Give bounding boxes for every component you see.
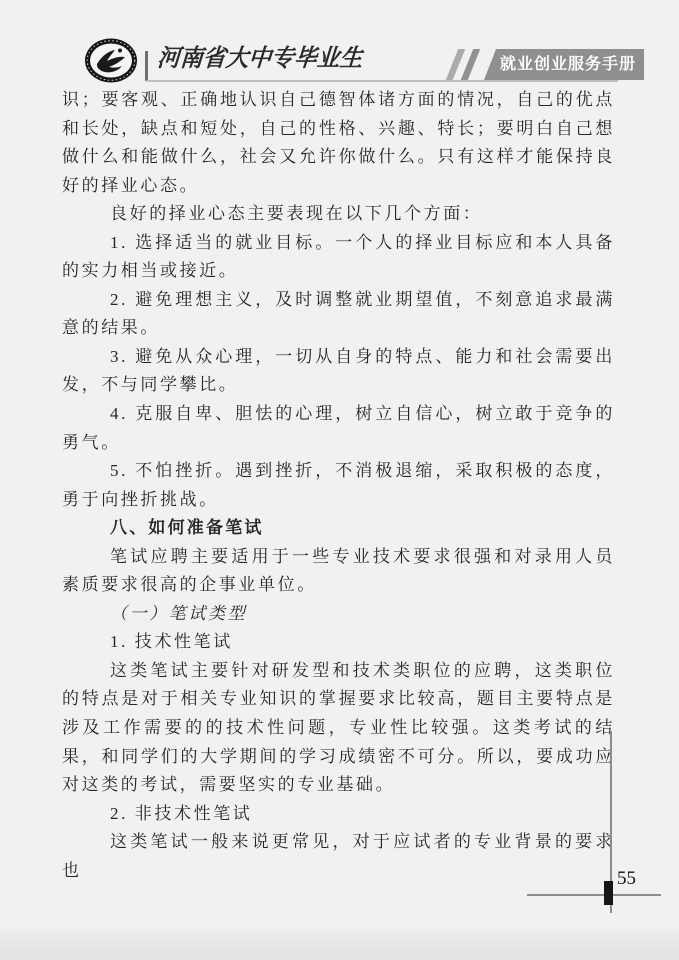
seal-logo-icon	[84, 37, 138, 84]
manual-title-badge: 就业创业服务手册	[484, 49, 644, 80]
page-number-horizontal-rule	[527, 894, 661, 896]
header-rule	[146, 80, 618, 82]
badge-slash-icon	[461, 49, 481, 80]
paragraph: 4. 克服自卑、胆怯的心理，树立自信心，树立敢于竞争的勇气。	[62, 400, 615, 457]
paragraph: 5. 不怕挫折。遇到挫折，不消极退缩，采取积极的态度，勇于向挫折挑战。	[62, 457, 615, 514]
seal-logo-svg	[84, 37, 138, 84]
paragraph: 2. 非技术性笔试	[62, 800, 615, 829]
paragraph: 这类笔试主要针对研发型和技术类职位的应聘，这类职位的特点是对于相关专业知识的掌握…	[62, 657, 615, 800]
paragraph: 识；要客观、正确地认识自己德智体诸方面的情况，自己的优点和长处，缺点和短处，自己…	[62, 86, 615, 200]
paragraph: 2. 避免理想主义，及时调整就业期望值，不刻意追求最满意的结果。	[62, 286, 615, 343]
section-heading: 八、如何准备笔试	[62, 514, 615, 543]
body-text: 识；要客观、正确地认识自己德智体诸方面的情况，自己的优点和长处，缺点和短处，自己…	[62, 86, 615, 885]
paragraph: 笔试应聘主要适用于一些专业技术要求很强和对录用人员素质要求很高的企事业单位。	[62, 543, 615, 600]
paragraph: 1. 技术性笔试	[62, 628, 615, 657]
paragraph: 良好的择业心态主要表现在以下几个方面：	[62, 200, 615, 229]
page-header-title: 河南省大中专毕业生	[156, 42, 364, 76]
paragraph: 这类笔试一般来说更常见，对于应试者的专业背景的要求也	[62, 828, 615, 885]
paragraph: 3. 避免从众心理，一切从自身的特点、能力和社会需要出发，不与同学攀比。	[62, 343, 615, 400]
page-number: 55	[617, 868, 636, 890]
header-divider	[145, 51, 148, 81]
paragraph: 1. 选择适当的就业目标。一个人的择业目标应和本人具备的实力相当或接近。	[62, 229, 615, 286]
book-page: 河南省大中专毕业生 就业创业服务手册 识；要客观、正确地认识自己德智体诸方面的情…	[0, 0, 679, 960]
scan-edge-band	[0, 929, 679, 960]
page-number-marker	[604, 881, 613, 905]
paragraph: （一）笔试类型	[62, 600, 615, 629]
